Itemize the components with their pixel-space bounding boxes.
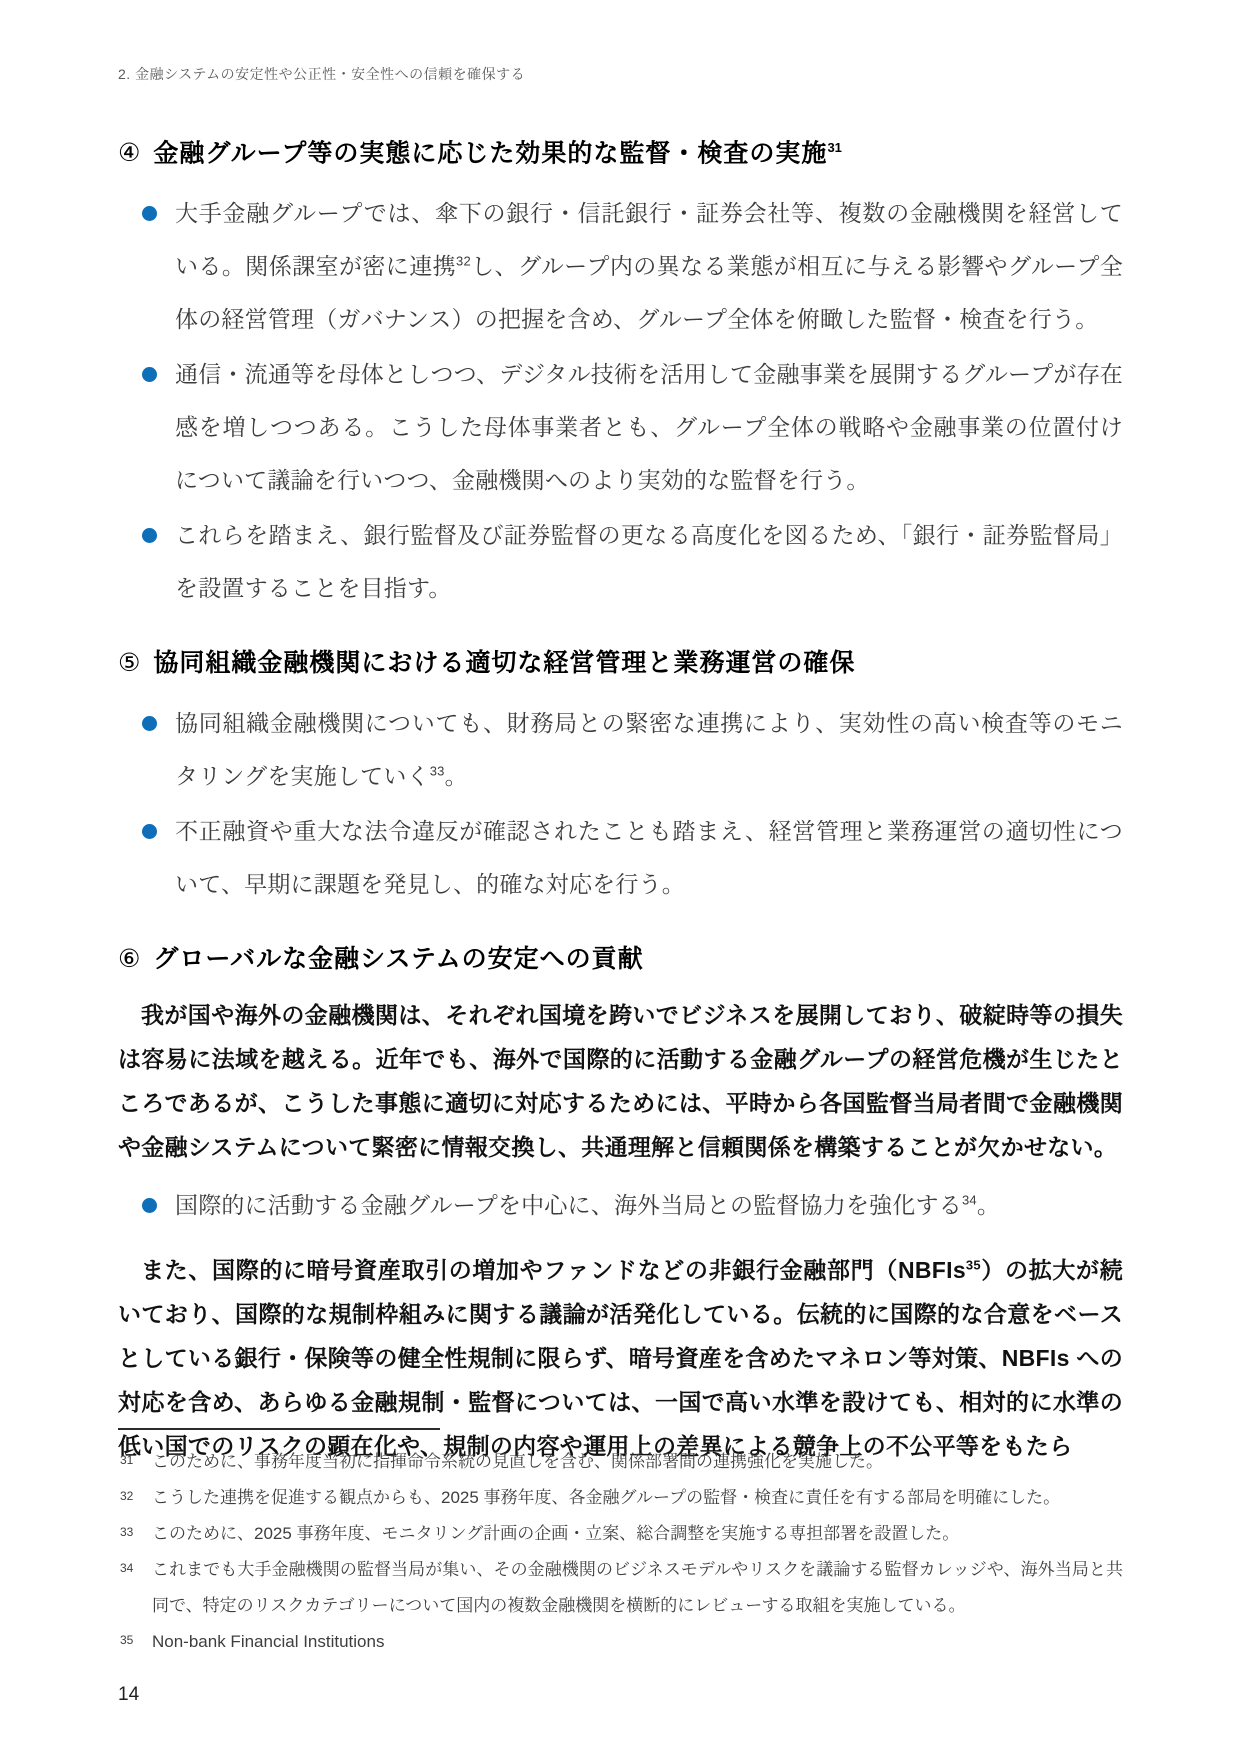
bullet-text: 不正融資や重大な法令違反が確認されたことも踏まえ、経営管理と業務運営の適切性につ…: [175, 818, 1123, 897]
section-6-bullet-list: 国際的に活動する金融グループを中心に、海外当局との監督協力を強化する34。: [118, 1179, 1123, 1232]
bullet-text: 国際的に活動する金融グループを中心に、海外当局との監督協力を強化する34。: [175, 1192, 1000, 1218]
section-4-heading: ④金融グループ等の実態に応じた効果的な監督・検査の実施31: [118, 130, 1123, 171]
section-6-title: グローバルな金融システムの安定への貢献: [153, 945, 643, 973]
footnote-item: 34これまでも大手金融機関の監督当局が集い、その金融機関のビジネスモデルやリスク…: [118, 1552, 1123, 1624]
section-4-title: 金融グループ等の実態に応じた効果的な監督・検査の実施: [153, 139, 827, 167]
footnote-number: 33: [120, 1514, 133, 1550]
footnote-text: Non-bank Financial Institutions: [152, 1632, 384, 1651]
footnote-number: 35: [120, 1622, 133, 1658]
footnote-text: このために、2025 事務年度、モニタリング計画の企画・立案、総合調整を実施する…: [152, 1524, 959, 1543]
bullet-item: 協同組織金融機関についても、財務局との緊密な連携により、実効性の高い検査等のモニ…: [118, 697, 1123, 803]
section-4-bullet-list: 大手金融グループでは、傘下の銀行・信託銀行・証券会社等、複数の金融機関を経営して…: [118, 187, 1123, 615]
bullet-text: 通信・流通等を母体としつつ、デジタル技術を活用して金融事業を展開するグループが存…: [175, 361, 1123, 493]
section-4-number: ④: [118, 139, 141, 167]
section-5-bullet-list: 協同組織金融機関についても、財務局との緊密な連携により、実効性の高い検査等のモニ…: [118, 697, 1123, 911]
footnote-item: 33このために、2025 事務年度、モニタリング計画の企画・立案、総合調整を実施…: [118, 1516, 1123, 1552]
section-5-title: 協同組織金融機関における適切な経営管理と業務運営の確保: [153, 649, 855, 677]
page-number: 14: [118, 1684, 139, 1706]
bullet-item: 通信・流通等を母体としつつ、デジタル技術を活用して金融事業を展開するグループが存…: [118, 348, 1123, 507]
bullet-text: 協同組織金融機関についても、財務局との緊密な連携により、実効性の高い検査等のモニ…: [175, 710, 1123, 789]
footnote-ref-31: 31: [827, 140, 841, 155]
footnote-block: 31このために、事務年度当初に指揮命令系統の見直しを含む、関係部署間の連携強化を…: [118, 1428, 1123, 1660]
bullet-item: 国際的に活動する金融グループを中心に、海外当局との監督協力を強化する34。: [118, 1179, 1123, 1232]
footnote-number: 34: [120, 1550, 133, 1586]
footnote-number: 32: [120, 1478, 133, 1514]
section-6-heading: ⑥グローバルな金融システムの安定への貢献: [118, 941, 1123, 977]
bullet-item: これらを踏まえ、銀行監督及び証券監督の更なる高度化を図るため、「銀行・証券監督局…: [118, 509, 1123, 615]
document-page: 2. 金融システムの安定性や公正性・安全性への信頼を確保する ④金融グループ等の…: [0, 0, 1241, 1754]
section-5-heading: ⑤協同組織金融機関における適切な経営管理と業務運営の確保: [118, 645, 1123, 681]
footnote-number: 31: [120, 1442, 133, 1478]
chapter-header: 2. 金融システムの安定性や公正性・安全性への信頼を確保する: [118, 64, 1123, 84]
bullet-item: 不正融資や重大な法令違反が確認されたことも踏まえ、経営管理と業務運営の適切性につ…: [118, 805, 1123, 911]
bullet-dot-icon: [142, 716, 157, 731]
bullet-dot-icon: [142, 528, 157, 543]
bullet-text: 大手金融グループでは、傘下の銀行・信託銀行・証券会社等、複数の金融機関を経営して…: [175, 200, 1123, 332]
section-6-paragraph-1: 我が国や海外の金融機関は、それぞれ国境を跨いでビジネスを展開しており、破綻時等の…: [118, 993, 1123, 1169]
footnote-separator: [118, 1428, 440, 1430]
section-6-number: ⑥: [118, 945, 141, 973]
footnote-text: こうした連携を促進する観点からも、2025 事務年度、各金融グループの監督・検査…: [152, 1488, 1060, 1507]
bullet-dot-icon: [142, 367, 157, 382]
footnote-item: 35Non-bank Financial Institutions: [118, 1624, 1123, 1660]
bullet-dot-icon: [142, 1198, 157, 1213]
bullet-dot-icon: [142, 824, 157, 839]
bullet-text: これらを踏まえ、銀行監督及び証券監督の更なる高度化を図るため、「銀行・証券監督局…: [175, 522, 1123, 601]
section-5-number: ⑤: [118, 649, 141, 677]
bullet-item: 大手金融グループでは、傘下の銀行・信託銀行・証券会社等、複数の金融機関を経営して…: [118, 187, 1123, 346]
footnote-item: 32こうした連携を促進する観点からも、2025 事務年度、各金融グループの監督・…: [118, 1480, 1123, 1516]
bullet-dot-icon: [142, 206, 157, 221]
footnote-text: このために、事務年度当初に指揮命令系統の見直しを含む、関係部署間の連携強化を実施…: [152, 1452, 883, 1471]
footnote-item: 31このために、事務年度当初に指揮命令系統の見直しを含む、関係部署間の連携強化を…: [118, 1444, 1123, 1480]
footnote-text: これまでも大手金融機関の監督当局が集い、その金融機関のビジネスモデルやリスクを議…: [152, 1560, 1123, 1615]
